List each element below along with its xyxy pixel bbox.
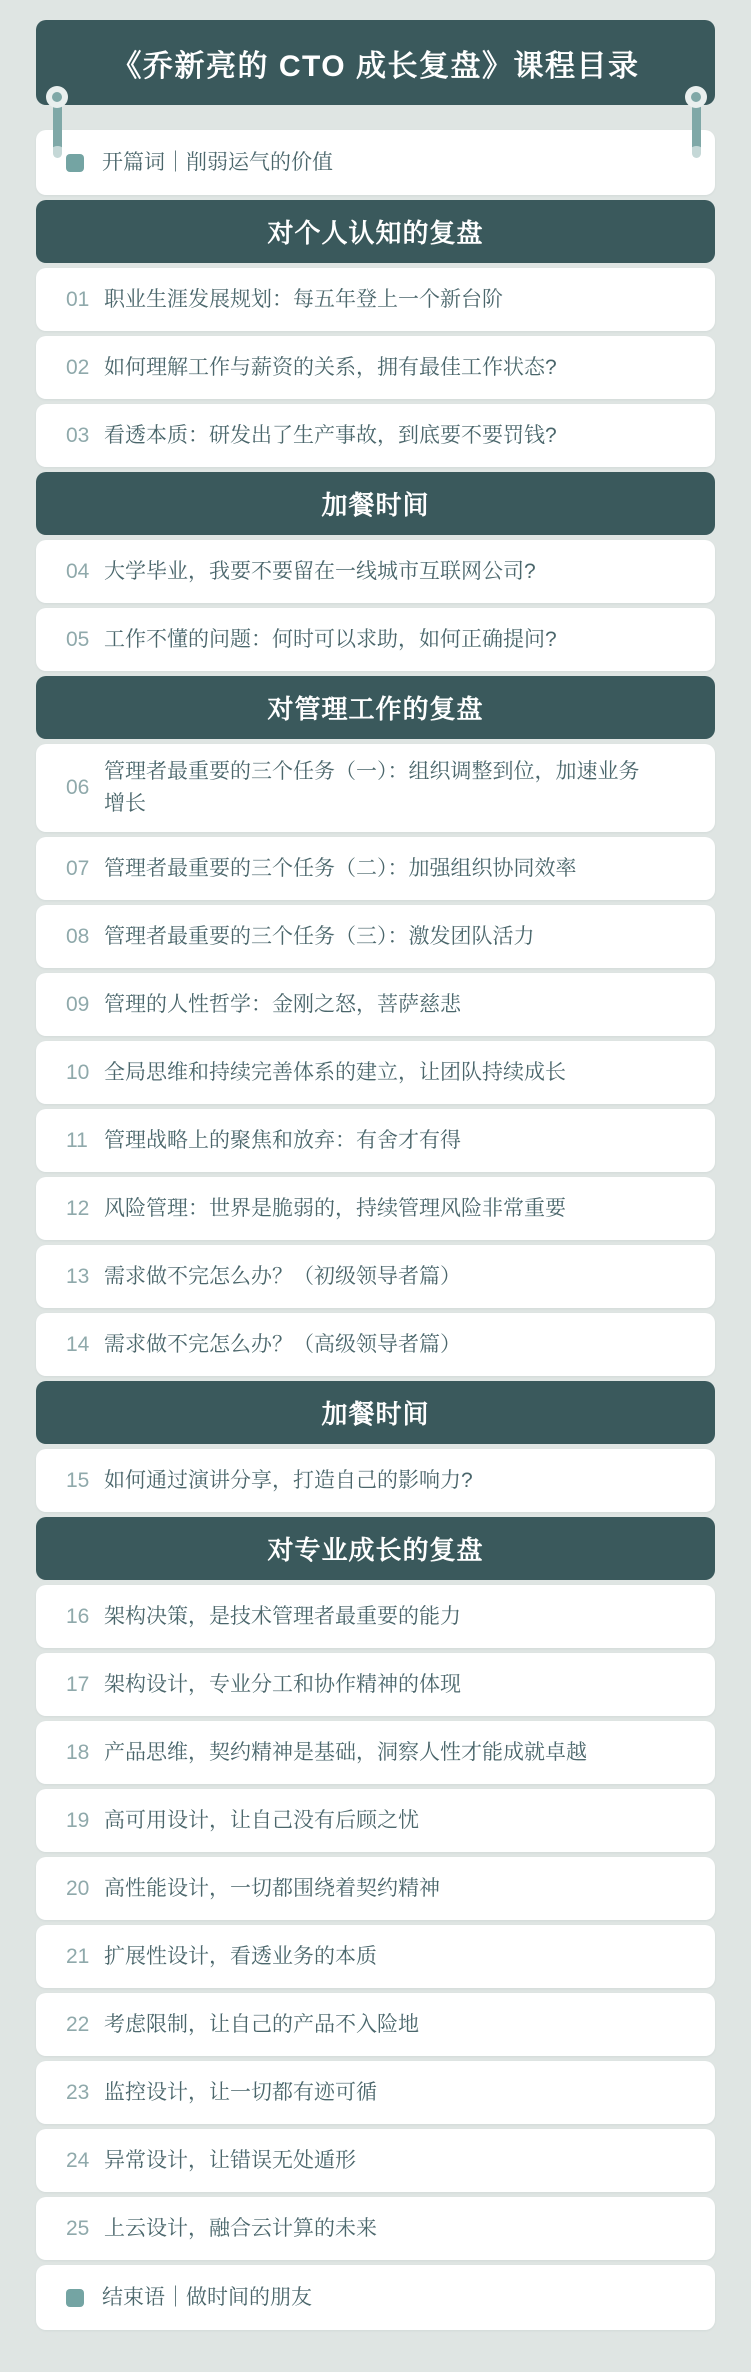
item-title: 管理者最重要的三个任务（二）：加强组织协同效率 [104, 853, 577, 885]
section-header: 对管理工作的复盘 [36, 676, 715, 739]
item-number: 19 [66, 1809, 94, 1833]
toc-item[interactable]: 20高性能设计，一切都围绕着契约精神 [36, 1857, 715, 1920]
item-number: 01 [66, 288, 94, 312]
toc-item[interactable]: 12风险管理：世界是脆弱的，持续管理风险非常重要 [36, 1177, 715, 1240]
item-number: 12 [66, 1197, 94, 1221]
item-title: 看透本质：研发出了生产事故，到底要不要罚钱? [104, 420, 557, 452]
toc-item[interactable]: 07管理者最重要的三个任务（二）：加强组织协同效率 [36, 837, 715, 900]
pin-halo [49, 146, 66, 163]
pin-halo [688, 146, 705, 163]
pin-right [685, 86, 707, 168]
item-title: 架构决策，是技术管理者最重要的能力 [104, 1601, 461, 1633]
toc-item[interactable]: 05工作不懂的问题：何时可以求助，如何正确提问? [36, 608, 715, 671]
pin-head-icon [685, 86, 707, 108]
section-header: 对专业成长的复盘 [36, 1517, 715, 1580]
item-title: 需求做不完怎么办？（高级领导者篇） [104, 1329, 461, 1361]
item-number: 15 [66, 1469, 94, 1493]
item-title: 扩展性设计，看透业务的本质 [104, 1941, 377, 1973]
item-number: 11 [66, 1129, 94, 1153]
item-title: 高性能设计，一切都围绕着契约精神 [104, 1873, 440, 1905]
item-number: 02 [66, 356, 94, 380]
section-header: 加餐时间 [36, 1381, 715, 1444]
item-title: 产品思维，契约精神是基础，洞察人性才能成就卓越 [104, 1737, 587, 1769]
item-title: 全局思维和持续完善体系的建立，让团队持续成长 [104, 1057, 566, 1089]
item-title: 架构设计，专业分工和协作精神的体现 [104, 1669, 461, 1701]
item-title: 工作不懂的问题：何时可以求助，如何正确提问? [104, 624, 557, 656]
toc-item[interactable]: 06管理者最重要的三个任务（一）：组织调整到位，加速业务增长 [36, 744, 715, 832]
course-toc-page: 《乔新亮的 CTO 成长复盘》课程目录 开篇词｜削弱运气的价值对个人认知的复盘0… [0, 0, 751, 2372]
toc-item[interactable]: 22考虑限制，让自己的产品不入险地 [36, 1993, 715, 2056]
toc-item[interactable]: 25上云设计，融合云计算的未来 [36, 2197, 715, 2260]
item-number: 25 [66, 2217, 94, 2241]
toc-item[interactable]: 17架构设计，专业分工和协作精神的体现 [36, 1653, 715, 1716]
toc-item[interactable]: 24异常设计，让错误无处遁形 [36, 2129, 715, 2192]
item-number: 14 [66, 1333, 94, 1357]
item-title: 上云设计，融合云计算的未来 [104, 2213, 377, 2245]
item-number: 05 [66, 628, 94, 652]
item-number: 24 [66, 2149, 94, 2173]
section-header: 对个人认知的复盘 [36, 200, 715, 263]
item-title: 高可用设计，让自己没有后顾之忧 [104, 1805, 419, 1837]
item-title: 需求做不完怎么办？（初级领导者篇） [104, 1261, 461, 1293]
item-title: 管理战略上的聚焦和放弃：有舍才有得 [104, 1125, 461, 1157]
item-number: 17 [66, 1673, 94, 1697]
toc-item[interactable]: 01职业生涯发展规划：每五年登上一个新台阶 [36, 268, 715, 331]
item-title: 大学毕业，我要不要留在一线城市互联网公司? [104, 556, 536, 588]
item-title: 考虑限制，让自己的产品不入险地 [104, 2009, 419, 2041]
item-title: 开篇词｜削弱运气的价值 [102, 147, 333, 179]
toc-item[interactable]: 10全局思维和持续完善体系的建立，让团队持续成长 [36, 1041, 715, 1104]
item-title: 如何通过演讲分享，打造自己的影响力? [104, 1465, 473, 1497]
item-number: 22 [66, 2013, 94, 2037]
item-title: 风险管理：世界是脆弱的，持续管理风险非常重要 [104, 1193, 566, 1225]
toc-item[interactable]: 19高可用设计，让自己没有后顾之忧 [36, 1789, 715, 1852]
toc-item[interactable]: 23监控设计，让一切都有迹可循 [36, 2061, 715, 2124]
item-title: 如何理解工作与薪资的关系，拥有最佳工作状态? [104, 352, 557, 384]
item-title: 异常设计，让错误无处遁形 [104, 2145, 356, 2177]
toc-item[interactable]: 14需求做不完怎么办？（高级领导者篇） [36, 1313, 715, 1376]
toc-item[interactable]: 13需求做不完怎么办？（初级领导者篇） [36, 1245, 715, 1308]
item-title: 管理者最重要的三个任务（一）：组织调整到位，加速业务增长 [104, 756, 652, 820]
item-number: 03 [66, 424, 94, 448]
item-number: 07 [66, 857, 94, 881]
section-title: 加餐时间 [321, 485, 429, 522]
item-number: 13 [66, 1265, 94, 1289]
toc-item-outro[interactable]: 结束语｜做时间的朋友 [36, 2265, 715, 2330]
item-number: 23 [66, 2081, 94, 2105]
toc-item[interactable]: 09管理的人性哲学：金刚之怒，菩萨慈悲 [36, 973, 715, 1036]
item-number: 09 [66, 993, 94, 1017]
section-header: 加餐时间 [36, 472, 715, 535]
toc-item[interactable]: 03看透本质：研发出了生产事故，到底要不要罚钱? [36, 404, 715, 467]
item-number: 06 [66, 776, 94, 800]
item-number: 08 [66, 925, 94, 949]
toc-item[interactable]: 04大学毕业，我要不要留在一线城市互联网公司? [36, 540, 715, 603]
section-title: 加餐时间 [321, 1394, 429, 1431]
pin-head-icon [46, 86, 68, 108]
page-title: 《乔新亮的 CTO 成长复盘》课程目录 [112, 41, 640, 85]
toc-item[interactable]: 11管理战略上的聚焦和放弃：有舍才有得 [36, 1109, 715, 1172]
item-number: 10 [66, 1061, 94, 1085]
item-number: 04 [66, 560, 94, 584]
toc-item[interactable]: 02如何理解工作与薪资的关系，拥有最佳工作状态? [36, 336, 715, 399]
item-number: 21 [66, 1945, 94, 1969]
section-title: 对个人认知的复盘 [267, 213, 483, 250]
toc-item[interactable]: 08管理者最重要的三个任务（三）：激发团队活力 [36, 905, 715, 968]
item-title: 结束语｜做时间的朋友 [102, 2282, 312, 2314]
item-number: 20 [66, 1877, 94, 1901]
toc-item-intro[interactable]: 开篇词｜削弱运气的价值 [36, 130, 715, 195]
square-bullet-icon [66, 154, 84, 172]
square-bullet-icon [66, 2289, 84, 2307]
section-title: 对管理工作的复盘 [267, 689, 483, 726]
item-title: 职业生涯发展规划：每五年登上一个新台阶 [104, 284, 503, 316]
toc-item[interactable]: 18产品思维，契约精神是基础，洞察人性才能成就卓越 [36, 1721, 715, 1784]
page-title-bar: 《乔新亮的 CTO 成长复盘》课程目录 [36, 20, 715, 105]
pin-left [46, 86, 68, 168]
toc-item[interactable]: 15如何通过演讲分享，打造自己的影响力? [36, 1449, 715, 1512]
item-title: 管理者最重要的三个任务（三）：激发团队活力 [104, 921, 535, 953]
item-title: 监控设计，让一切都有迹可循 [104, 2077, 377, 2109]
item-number: 16 [66, 1605, 94, 1629]
item-title: 管理的人性哲学：金刚之怒，菩萨慈悲 [104, 989, 461, 1021]
section-title: 对专业成长的复盘 [267, 1530, 483, 1567]
toc-list: 开篇词｜削弱运气的价值对个人认知的复盘01职业生涯发展规划：每五年登上一个新台阶… [36, 130, 715, 2330]
item-number: 18 [66, 1741, 94, 1765]
toc-item[interactable]: 21扩展性设计，看透业务的本质 [36, 1925, 715, 1988]
toc-item[interactable]: 16架构决策，是技术管理者最重要的能力 [36, 1585, 715, 1648]
